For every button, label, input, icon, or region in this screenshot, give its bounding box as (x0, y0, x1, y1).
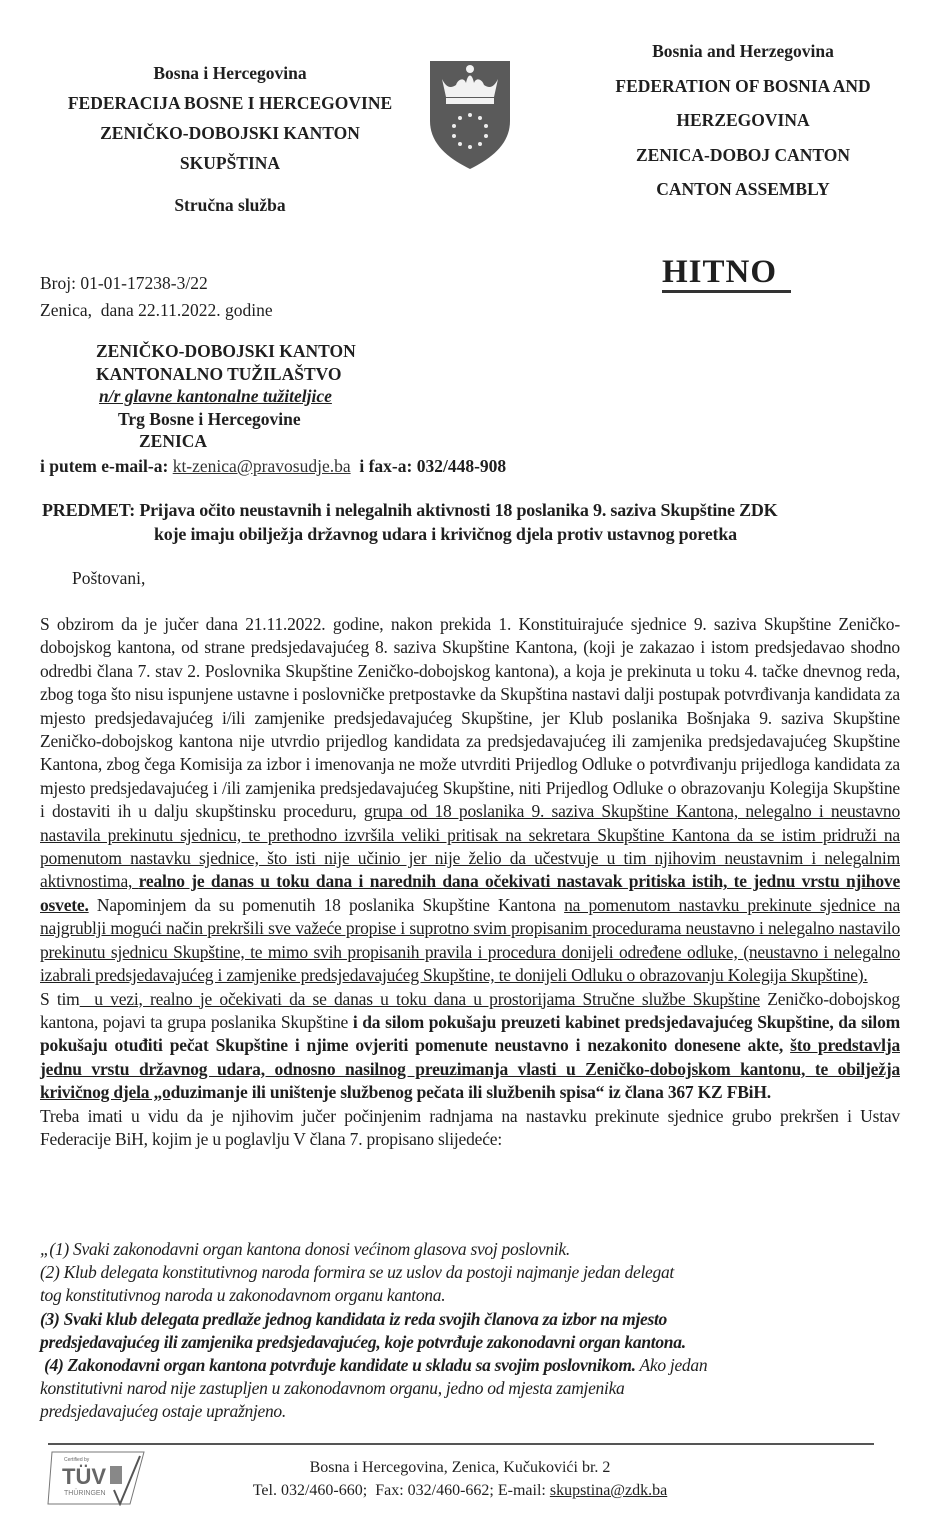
footer-email-link[interactable]: skupstina@zdk.ba (550, 1482, 667, 1499)
canton-coat-of-arms-icon (428, 59, 512, 171)
recipient-attention: n/r glavne kantonalne tužiteljice (96, 385, 356, 408)
footer-phones: Tel. 032/460-660; Fax: 032/460-662; E-ma… (150, 1479, 770, 1502)
institution-name-en: CANTON ASSEMBLY (588, 172, 898, 207)
body-text: S obzirom da je jučer dana 21.11.2022. g… (40, 614, 900, 821)
body-paragraph-3: Treba imati u vidu da je njihovim jučer … (40, 1105, 900, 1152)
tuv-certification-icon: Certified by TÜV THÜRINGEN (44, 1448, 152, 1506)
email-label: i putem e-mail-a: (40, 456, 173, 476)
quote-item-4: (4) Zakonodavni organ kantona potvrđuje … (40, 1354, 900, 1377)
recipient-block: ZENIČKO-DOBOJSKI KANTON KANTONALNO TUŽIL… (96, 340, 356, 453)
body-text: Napominjem da su pomenutih 18 poslanika … (89, 895, 564, 915)
recipient-address: Trg Bosne i Hercegovine (96, 408, 356, 431)
svg-text:Certified by: Certified by (64, 1457, 90, 1463)
document-date: Zenica, dana 22.11.2022. godine (40, 297, 273, 324)
urgent-underline (662, 290, 791, 293)
svg-text:THÜRINGEN: THÜRINGEN (64, 1489, 106, 1497)
document-number: Broj: 01-01-17238-3/22 (40, 270, 273, 297)
quote-item-4-end: predsjedavajućeg ostaje upražnjeno. (40, 1400, 900, 1423)
subject-line-2: koje imaju obilježja državnog udara i kr… (42, 522, 922, 546)
underlined-text: u vezi, realno je očekivati da se danas … (80, 989, 760, 1009)
bold-text: duzimanje ili uništenje službenog pečata… (171, 1082, 771, 1102)
quote-text: Ako jedan (636, 1355, 708, 1375)
footer-contact: Bosna i Hercegovina, Zenica, Kučukovići … (150, 1456, 770, 1502)
body-paragraph-2: S tim u vezi, realno je očekivati da se … (40, 988, 900, 1105)
canton-name: ZENIČKO-DOBOJSKI KANTON (40, 118, 420, 148)
svg-text:TÜV: TÜV (62, 1464, 106, 1489)
body-text: S tim (40, 989, 80, 1009)
recipient-email-link[interactable]: kt-zenica@pravosudje.ba (173, 456, 351, 476)
salutation: Poštovani, (72, 568, 145, 589)
quote-item-2-cont: tog konstitutivnog naroda u zakonodavnom… (40, 1284, 900, 1307)
urgent-label: HITNO (662, 254, 777, 291)
quote-item-1: „(1) Svaki zakonodavni organ kantona don… (40, 1238, 900, 1261)
constitution-quote: „(1) Svaki zakonodavni organ kantona don… (40, 1238, 900, 1424)
federation-name-en-2: HERZEGOVINA (588, 103, 898, 138)
quote-item-2: (2) Klub delegata konstitutivnog naroda … (40, 1261, 900, 1284)
delivery-contact: i putem e-mail-a: kt-zenica@pravosudje.b… (40, 456, 506, 477)
subject-block: PREDMET: Prijava očito neustavnih i nele… (42, 498, 922, 546)
footer-address: Bosna i Hercegovina, Zenica, Kučukovići … (150, 1456, 770, 1479)
subject-line-1: PREDMET: Prijava očito neustavnih i nele… (42, 498, 922, 522)
recipient-line-1: ZENIČKO-DOBOJSKI KANTON (96, 340, 356, 363)
document-meta: Broj: 01-01-17238-3/22 Zenica, dana 22.1… (40, 270, 273, 324)
department-name: Stručna služba (40, 190, 420, 220)
footer-divider (48, 1443, 874, 1445)
canton-name-en: ZENICA-DOBOJ CANTON (588, 138, 898, 173)
federation-name: FEDERACIJA BOSNE I HERCEGOVINE (40, 88, 420, 118)
body-paragraph-1: S obzirom da je jučer dana 21.11.2022. g… (40, 613, 900, 988)
fax-label: i fax-a: (351, 456, 417, 476)
quote-item-3: (3) Svaki klub delegata predlaže jednog … (40, 1308, 900, 1331)
country-name: Bosna i Hercegovina (40, 58, 420, 88)
institution-name: SKUPŠTINA (40, 148, 420, 178)
letterhead-local: Bosna i Hercegovina FEDERACIJA BOSNE I H… (40, 58, 420, 220)
letter-body: S obzirom da je jučer dana 21.11.2022. g… (40, 613, 900, 1151)
recipient-line-2: KANTONALNO TUŽILAŠTVO (96, 363, 356, 386)
federation-name-en-1: FEDERATION OF BOSNIA AND (588, 69, 898, 104)
recipient-city: ZENICA (96, 430, 356, 453)
quote-bold-text: (4) Zakonodavni organ kantona potvrđuje … (40, 1355, 636, 1375)
country-name-en: Bosnia and Herzegovina (588, 34, 898, 69)
recipient-fax: 032/448-908 (417, 456, 506, 476)
footer-phone-fax: Tel. 032/460-660; Fax: 032/460-662; E-ma… (253, 1482, 550, 1499)
quote-item-4-cont: konstitutivni narod nije zastupljen u za… (40, 1377, 900, 1400)
letterhead-english: Bosnia and Herzegovina FEDERATION OF BOS… (588, 34, 898, 207)
quote-item-3-cont: predsjedavajućeg ili zamjenika predsjeda… (40, 1331, 900, 1354)
